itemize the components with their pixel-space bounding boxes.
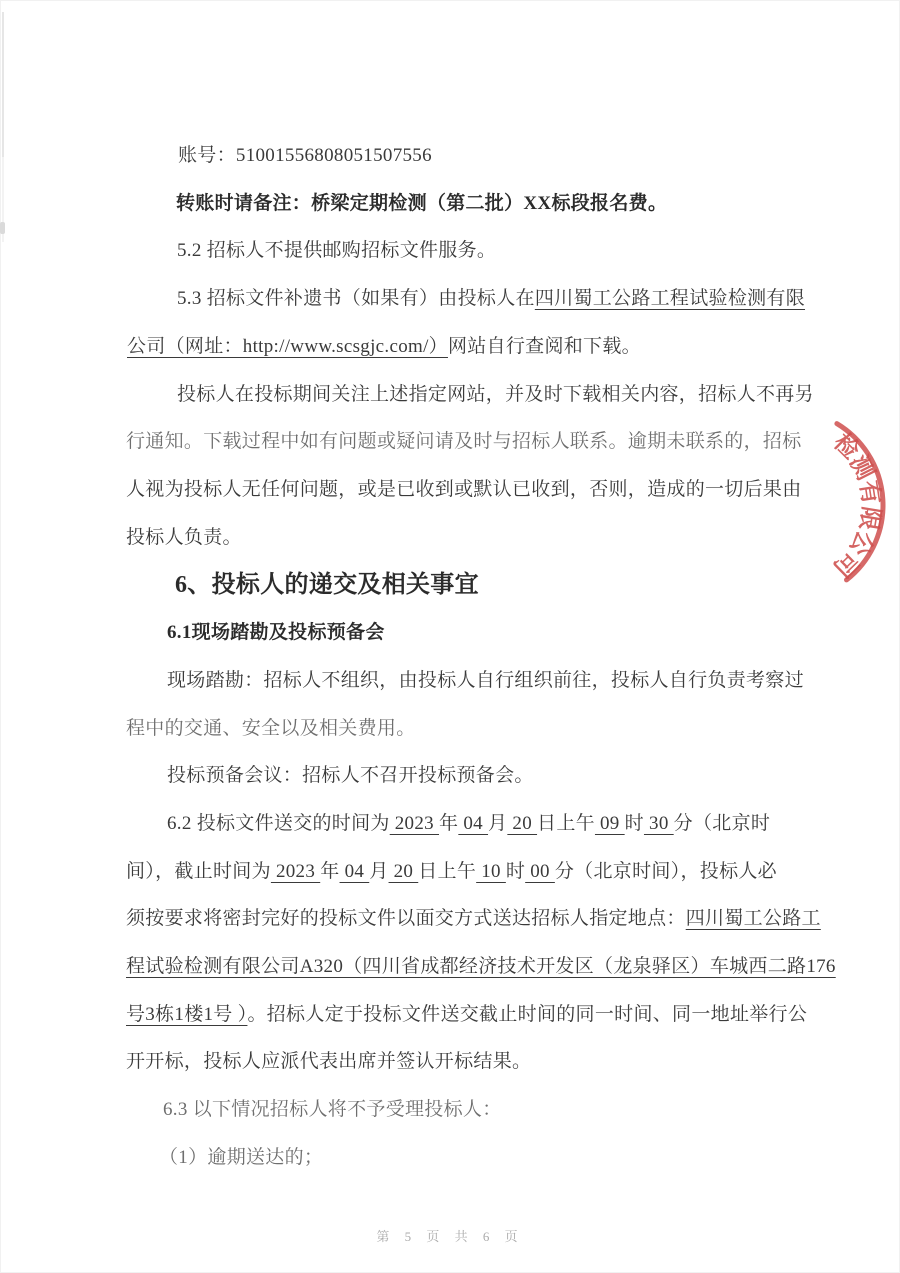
text-segment: 5.3 招标文件补遗书（如果有）由投标人在 xyxy=(177,288,535,309)
document-line: 投标人负责。 xyxy=(126,514,826,562)
underlined-text: 04 xyxy=(458,813,488,834)
text-segment: 投标预备会议：招标人不召开投标预备会。 xyxy=(167,765,534,786)
underlined-text: 04 xyxy=(340,861,370,882)
text-segment: 行通知。下载过程中如有问题或疑问请及时与招标人联系。逾期未联系的，招标 xyxy=(126,431,802,452)
text-segment: 现场踏勘：招标人不组织，由投标人自行组织前往，投标人自行负责考察过 xyxy=(167,670,804,691)
document-line: 投标预备会议：招标人不召开投标预备会。 xyxy=(126,752,867,800)
underlined-text: 09 xyxy=(595,813,625,834)
text-segment: 投标人在投标期间关注上述指定网站，并及时下载相关内容，招标人不再另 xyxy=(177,384,814,405)
text-segment: 6.3 以下情况招标人将不予受理投标人： xyxy=(163,1099,502,1120)
text-segment: 程中的交通、安全以及相关费用。 xyxy=(126,718,416,739)
document-line: 须按要求将密封完好的投标文件以面交方式送达招标人指定地点：四川蜀工公路工 xyxy=(126,895,826,943)
document-line: 6.1现场踏勘及投标预备会 xyxy=(126,609,867,657)
document-line: 5.2 招标人不提供邮购招标文件服务。 xyxy=(126,227,877,275)
text-segment: 年 xyxy=(439,813,458,834)
document-line: 5.3 招标文件补遗书（如果有）由投标人在四川蜀工公路工程试验检测有限 xyxy=(126,275,877,323)
text-segment: 月 xyxy=(369,861,388,882)
text-segment: 时 xyxy=(506,861,525,882)
document-line: （1）逾期送达的； xyxy=(126,1134,859,1182)
underlined-text: 10 xyxy=(476,861,506,882)
document-line: 程试验检测有限公司A320（四川省成都经济技术开发区（龙泉驿区）车城西二路176 xyxy=(126,943,826,991)
document-line: 账号：51001556808051507556 xyxy=(126,132,878,180)
document-content: 账号：51001556808051507556转账时请备注：桥梁定期检测（第二批… xyxy=(0,0,900,1273)
underlined-text: 四川蜀工公路工 xyxy=(686,908,821,929)
underlined-text: 四川蜀工公路工程试验检测有限 xyxy=(535,288,805,309)
underlined-text: 2023 xyxy=(390,813,439,834)
text-segment: 5.2 招标人不提供邮购招标文件服务。 xyxy=(177,240,496,261)
text-segment: 日上午 xyxy=(537,813,595,834)
document-line: 程中的交通、安全以及相关费用。 xyxy=(126,705,826,753)
text-segment: 分（北京时间），投标人必 xyxy=(555,861,777,882)
document-line: 6、投标人的递交及相关事宜 xyxy=(126,561,875,609)
text-segment: 时 xyxy=(625,813,644,834)
text-segment: 间），截止时间为 xyxy=(126,861,271,882)
text-segment: 分（北京时 xyxy=(674,813,771,834)
document-line: 行通知。下载过程中如有问题或疑问请及时与招标人联系。逾期未联系的，招标 xyxy=(126,418,826,466)
text-segment: 日上午 xyxy=(418,861,476,882)
underlined-text: 20 xyxy=(507,813,537,834)
text-segment: 6、投标人的递交及相关事宜 xyxy=(175,572,479,598)
text-segment: 网站自行查阅和下载。 xyxy=(448,336,641,357)
scanned-document-page: 账号：51001556808051507556转账时请备注：桥梁定期检测（第二批… xyxy=(0,0,900,1273)
document-line: 号3栋1楼1号 ）。招标人定于投标文件送交截止时间的同一时间、同一地址举行公 xyxy=(126,991,826,1039)
text-segment: 账号：51001556808051507556 xyxy=(178,145,432,166)
underlined-text: 公司（网址：http://www.scsgjc.com/） xyxy=(127,336,448,357)
text-segment: 年 xyxy=(320,861,339,882)
underlined-text: 20 xyxy=(389,861,419,882)
page-number-footer: 第 5 页 共 6 页 xyxy=(0,1226,900,1245)
document-line: 6.2 投标文件送交的时间为 2023 年 04 月 20 日上午 09 时 3… xyxy=(126,800,867,848)
underlined-text: 号3栋1楼1号 ） xyxy=(126,1004,247,1025)
text-segment: 月 xyxy=(488,813,507,834)
document-line: 公司（网址：http://www.scsgjc.com/）网站自行查阅和下载。 xyxy=(126,323,827,371)
underlined-text: 2023 xyxy=(271,861,320,882)
text-segment: 开开标，投标人应派代表出席并签认开标结果。 xyxy=(126,1051,531,1072)
underlined-text: 30 xyxy=(644,813,674,834)
document-line: 6.3 以下情况招标人将不予受理投标人： xyxy=(126,1086,863,1134)
text-segment: 6.1现场踏勘及投标预备会 xyxy=(167,622,385,643)
underlined-text: 程试验检测有限公司A320（四川省成都经济技术开发区（龙泉驿区）车城西二路176 xyxy=(126,956,836,977)
text-segment: （1）逾期送达的； xyxy=(159,1147,323,1168)
text-segment: 投标人负责。 xyxy=(126,527,242,548)
document-line: 现场踏勘：招标人不组织，由投标人自行组织前往，投标人自行负责考察过 xyxy=(126,657,867,705)
text-segment: 6.2 投标文件送交的时间为 xyxy=(167,813,390,834)
text-segment: 人视为投标人无任何问题，或是已收到或默认已收到，否则，造成的一切后果由 xyxy=(126,479,802,500)
text-segment: 须按要求将密封完好的投标文件以面交方式送达招标人指定地点： xyxy=(126,908,686,929)
document-line: 人视为投标人无任何问题，或是已收到或默认已收到，否则，造成的一切后果由 xyxy=(126,466,826,514)
document-line: 投标人在投标期间关注上述指定网站，并及时下载相关内容，招标人不再另 xyxy=(126,371,877,419)
underlined-text: 00 xyxy=(525,861,555,882)
document-line: 转账时请备注：桥梁定期检测（第二批）XX标段报名费。 xyxy=(126,180,876,228)
text-segment: 转账时请备注：桥梁定期检测（第二批）XX标段报名费。 xyxy=(176,193,667,214)
text-segment: 。招标人定于投标文件送交截止时间的同一时间、同一地址举行公 xyxy=(247,1004,807,1025)
document-line: 开开标，投标人应派代表出席并签认开标结果。 xyxy=(126,1038,826,1086)
document-line: 间），截止时间为 2023 年 04 月 20 日上午 10 时 00 分（北京… xyxy=(126,848,826,896)
